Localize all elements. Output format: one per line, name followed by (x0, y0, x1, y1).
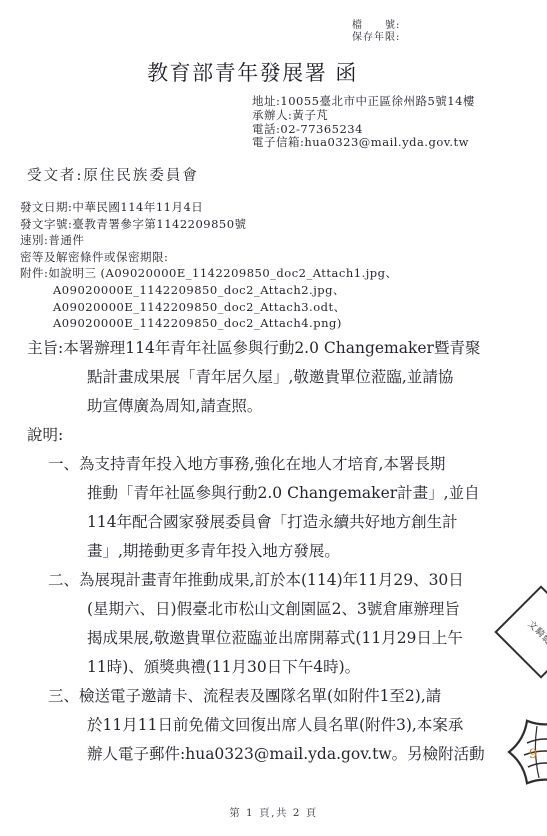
description-item-2-line-4: 11時)、頒獎典禮(11月30日下午4時)。 (27, 653, 539, 682)
description-item-2-line-2: (星期六、日)假臺北市松山文創園區2、3號倉庫辦理旨 (27, 595, 539, 624)
issue-date: 發文日期:中華民國114年11月4日 (20, 199, 398, 216)
speed-class: 速別:普通件 (20, 232, 398, 249)
item-1-number: 一、 (48, 455, 79, 473)
contact-address: 地址:10055臺北市中正區徐州路5號14樓 (252, 95, 475, 109)
attachment-line: 附件:如說明三 (A09020000E_1142209850_doc2_Atta… (20, 265, 398, 282)
description-item-3-line-1: 三、檢送電子邀請卡、流程表及團隊名單(如附件1至2),請 (27, 682, 539, 711)
contact-person: 承辦人:黃子芃 (252, 109, 475, 123)
contact-email: 電子信箱:hua0323@mail.yda.gov.tw (252, 136, 475, 150)
seam-stamp-text: 文騎縫 (526, 617, 547, 647)
archive-labels: 檔 號: 保存年限: (352, 20, 400, 43)
description-item-2-line-1: 二、為展現計畫青年推動成果,訂於本(114)年11月29、30日 (27, 566, 539, 595)
flower-seal-icon: 9 (507, 714, 547, 790)
contact-phone: 電話:02-77365234 (252, 123, 475, 137)
retention-period-label: 保存年限: (352, 32, 400, 44)
description-item-2-line-3: 揭成果展,敬邀貴單位蒞臨並出席開幕式(11月29日上午 (27, 624, 539, 653)
description-item-3-line-3: 辦人電子郵件:hua0323@mail.yda.gov.tw。另檢附活動 (27, 740, 539, 769)
security-class: 密等及解密條件或保密期限: (20, 249, 398, 266)
seal-number: 9 (529, 747, 537, 762)
subject-text-1: 本署辦理114年青年社區參與行動2.0 Changemaker暨青聚 (63, 339, 480, 357)
description-item-1-line-4: 畫」,期捲動更多青年投入地方發展。 (27, 537, 539, 566)
document-page: 檔 號: 保存年限: 教育部青年發展署 函 地址:10055臺北市中正區徐州路5… (0, 0, 547, 836)
subject-label: 主旨: (27, 339, 63, 357)
metadata-block: 發文日期:中華民國114年11月4日 發文字號:臺教青署參字第114220985… (20, 199, 398, 332)
item-2-number: 二、 (48, 571, 79, 589)
description-item-3-line-2: 於11月11日前免備文回復出席人員名單(附件3),本案承 (27, 711, 539, 740)
description-label: 說明: (27, 421, 539, 450)
subject-line-1: 主旨:本署辦理114年青年社區參與行動2.0 Changemaker暨青聚 (27, 334, 539, 363)
file-number-label: 檔 號: (352, 20, 400, 32)
attachment-file-2: A09020000E_1142209850_doc2_Attach2.jpg、 (20, 282, 398, 299)
attachment-label: 附件: (20, 266, 48, 280)
document-body: 主旨:本署辦理114年青年社區參與行動2.0 Changemaker暨青聚 點計… (27, 334, 539, 769)
description-item-1-line-2: 推動「青年社區參與行動2.0 Changemaker計畫」,並自 (27, 479, 539, 508)
description-item-1-line-3: 114年配合國家發展委員會「打造永續共好地方創生計 (27, 508, 539, 537)
subject-text-3: 助宣傳廣為周知,請查照。 (27, 392, 539, 421)
item-3-text-1: 檢送電子邀請卡、流程表及團隊名單(如附件1至2),請 (79, 687, 441, 705)
description-item-1-line-1: 一、為支持青年投入地方事務,強化在地人才培育,本署長期 (27, 450, 539, 479)
subject-text-2: 點計畫成果展「青年居久屋」,敬邀貴單位蒞臨,並請協 (27, 363, 539, 392)
contact-block: 地址:10055臺北市中正區徐州路5號14樓 承辦人:黃子芃 電話:02-773… (252, 95, 475, 150)
item-1-text-1: 為支持青年投入地方事務,強化在地人才培育,本署長期 (79, 455, 445, 473)
recipient-line: 受文者:原住民族委員會 (27, 164, 199, 185)
item-2-text-1: 為展現計畫青年推動成果,訂於本(114)年11月29、30日 (79, 571, 464, 589)
attachment-file-1: 如說明三 (A09020000E_1142209850_doc2_Attach1… (48, 266, 397, 280)
page-footer: 第 1 頁,共 2 頁 (0, 805, 547, 820)
page-title: 教育部青年發展署 函 (0, 57, 505, 87)
attachment-file-3: A09020000E_1142209850_doc2_Attach3.odt、 (20, 299, 398, 316)
item-3-number: 三、 (48, 687, 79, 705)
doc-number: 發文字號:臺教青署參字第1142209850號 (20, 216, 398, 233)
attachment-file-4: A09020000E_1142209850_doc2_Attach4.png) (20, 315, 398, 332)
